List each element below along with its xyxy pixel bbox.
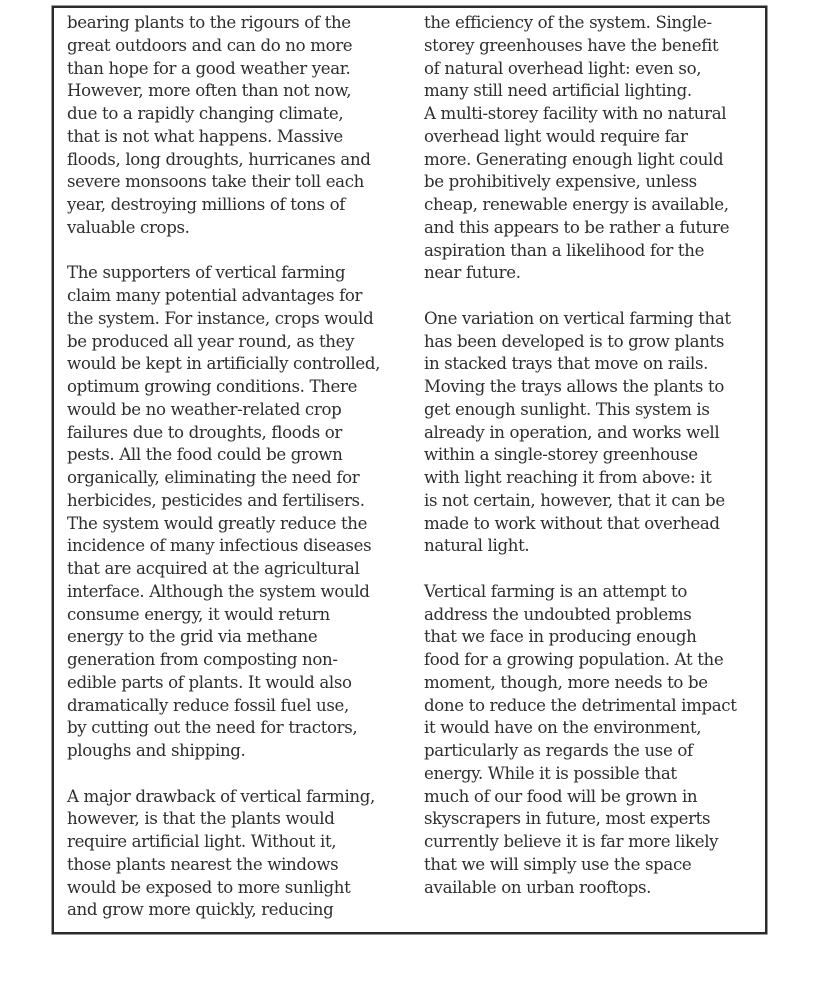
text-line: particularly as regards the use of (424, 740, 759, 763)
text-line: already in operation, and works well (424, 422, 759, 445)
text-line: has been developed is to grow plants (424, 331, 759, 354)
text-line: the efficiency of the system. Single- (424, 12, 759, 35)
text-line: overhead light would require far (424, 126, 759, 149)
right-column: the efficiency of the system. Single-sto… (424, 12, 759, 899)
text-line: energy. While it is possible that (424, 763, 759, 786)
text-line: near future. (424, 262, 759, 285)
text-line: claim many potential advantages for (67, 285, 402, 308)
text-line: with light reaching it from above: it (424, 467, 759, 490)
text-line: incidence of many infectious diseases (67, 535, 402, 558)
text-line: severe monsoons take their toll each (67, 171, 402, 194)
text-line: done to reduce the detrimental impact (424, 695, 759, 718)
text-line: currently believe it is far more likely (424, 831, 759, 854)
text-line: within a single-storey greenhouse (424, 444, 759, 467)
paragraph: Vertical farming is an attempt toaddress… (424, 581, 759, 900)
text-line: in stacked trays that move on rails. (424, 353, 759, 376)
text-line: be prohibitively expensive, unless (424, 171, 759, 194)
text-line: get enough sunlight. This system is (424, 399, 759, 422)
text-line: it would have on the environment, (424, 717, 759, 740)
text-line: Moving the trays allows the plants to (424, 376, 759, 399)
text-line: consume energy, it would return (67, 604, 402, 627)
text-line: edible parts of plants. It would also (67, 672, 402, 695)
text-line: that we face in producing enough (424, 626, 759, 649)
text-line: great outdoors and can do no more (67, 35, 402, 58)
text-line: much of our food will be grown in (424, 786, 759, 809)
text-line: and grow more quickly, reducing (67, 899, 402, 922)
text-line: A multi-storey facility with no natural (424, 103, 759, 126)
text-line: ploughs and shipping. (67, 740, 402, 763)
text-line: and this appears to be rather a future (424, 217, 759, 240)
text-line: pests. All the food could be grown (67, 444, 402, 467)
text-line: by cutting out the need for tractors, (67, 717, 402, 740)
text-line: storey greenhouses have the benefit (424, 35, 759, 58)
text-line: available on urban rooftops. (424, 877, 759, 900)
text-line: due to a rapidly changing climate, (67, 103, 402, 126)
text-line: A major drawback of vertical farming, (67, 786, 402, 809)
text-line: would be no weather-related crop (67, 399, 402, 422)
text-line: be produced all year round, as they (67, 331, 402, 354)
text-line: aspiration than a likelihood for the (424, 240, 759, 263)
text-line: However, more often than not now, (67, 80, 402, 103)
text-line: many still need artificial lighting. (424, 80, 759, 103)
text-line: require artificial light. Without it, (67, 831, 402, 854)
text-line: however, is that the plants would (67, 808, 402, 831)
text-line: generation from composting non- (67, 649, 402, 672)
text-line: would be kept in artificially controlled… (67, 353, 402, 376)
left-column: bearing plants to the rigours of thegrea… (67, 12, 402, 922)
text-line: more. Generating enough light could (424, 149, 759, 172)
text-line: bearing plants to the rigours of the (67, 12, 402, 35)
text-line: those plants nearest the windows (67, 854, 402, 877)
text-line: The supporters of vertical farming (67, 262, 402, 285)
paragraph: One variation on vertical farming thatha… (424, 308, 759, 558)
text-line: the system. For instance, crops would (67, 308, 402, 331)
text-line: floods, long droughts, hurricanes and (67, 149, 402, 172)
paragraph: The supporters of vertical farmingclaim … (67, 262, 402, 763)
text-line: energy to the grid via methane (67, 626, 402, 649)
text-line: skyscrapers in future, most experts (424, 808, 759, 831)
text-line: than hope for a good weather year. (67, 58, 402, 81)
text-line: interface. Although the system would (67, 581, 402, 604)
text-line: made to work without that overhead (424, 513, 759, 536)
text-line: valuable crops. (67, 217, 402, 240)
text-line: that is not what happens. Massive (67, 126, 402, 149)
text-line: organically, eliminating the need for (67, 467, 402, 490)
text-line: moment, though, more needs to be (424, 672, 759, 695)
text-line: cheap, renewable energy is available, (424, 194, 759, 217)
text-line: One variation on vertical farming that (424, 308, 759, 331)
text-line: address the undoubted problems (424, 604, 759, 627)
text-line: that are acquired at the agricultural (67, 558, 402, 581)
text-line: Vertical farming is an attempt to (424, 581, 759, 604)
text-line: food for a growing population. At the (424, 649, 759, 672)
text-line: herbicides, pesticides and fertilisers. (67, 490, 402, 513)
text-line: failures due to droughts, floods or (67, 422, 402, 445)
text-line: that we will simply use the space (424, 854, 759, 877)
paragraph: A major drawback of vertical farming,how… (67, 786, 402, 923)
text-line: of natural overhead light: even so, (424, 58, 759, 81)
text-line: would be exposed to more sunlight (67, 877, 402, 900)
text-frame: bearing plants to the rigours of thegrea… (52, 6, 767, 934)
text-line: year, destroying millions of tons of (67, 194, 402, 217)
text-line: dramatically reduce fossil fuel use, (67, 695, 402, 718)
text-line: The system would greatly reduce the (67, 513, 402, 536)
text-line: natural light. (424, 535, 759, 558)
paragraph: bearing plants to the rigours of thegrea… (67, 12, 402, 240)
paragraph: the efficiency of the system. Single-sto… (424, 12, 759, 285)
text-line: is not certain, however, that it can be (424, 490, 759, 513)
text-line: optimum growing conditions. There (67, 376, 402, 399)
